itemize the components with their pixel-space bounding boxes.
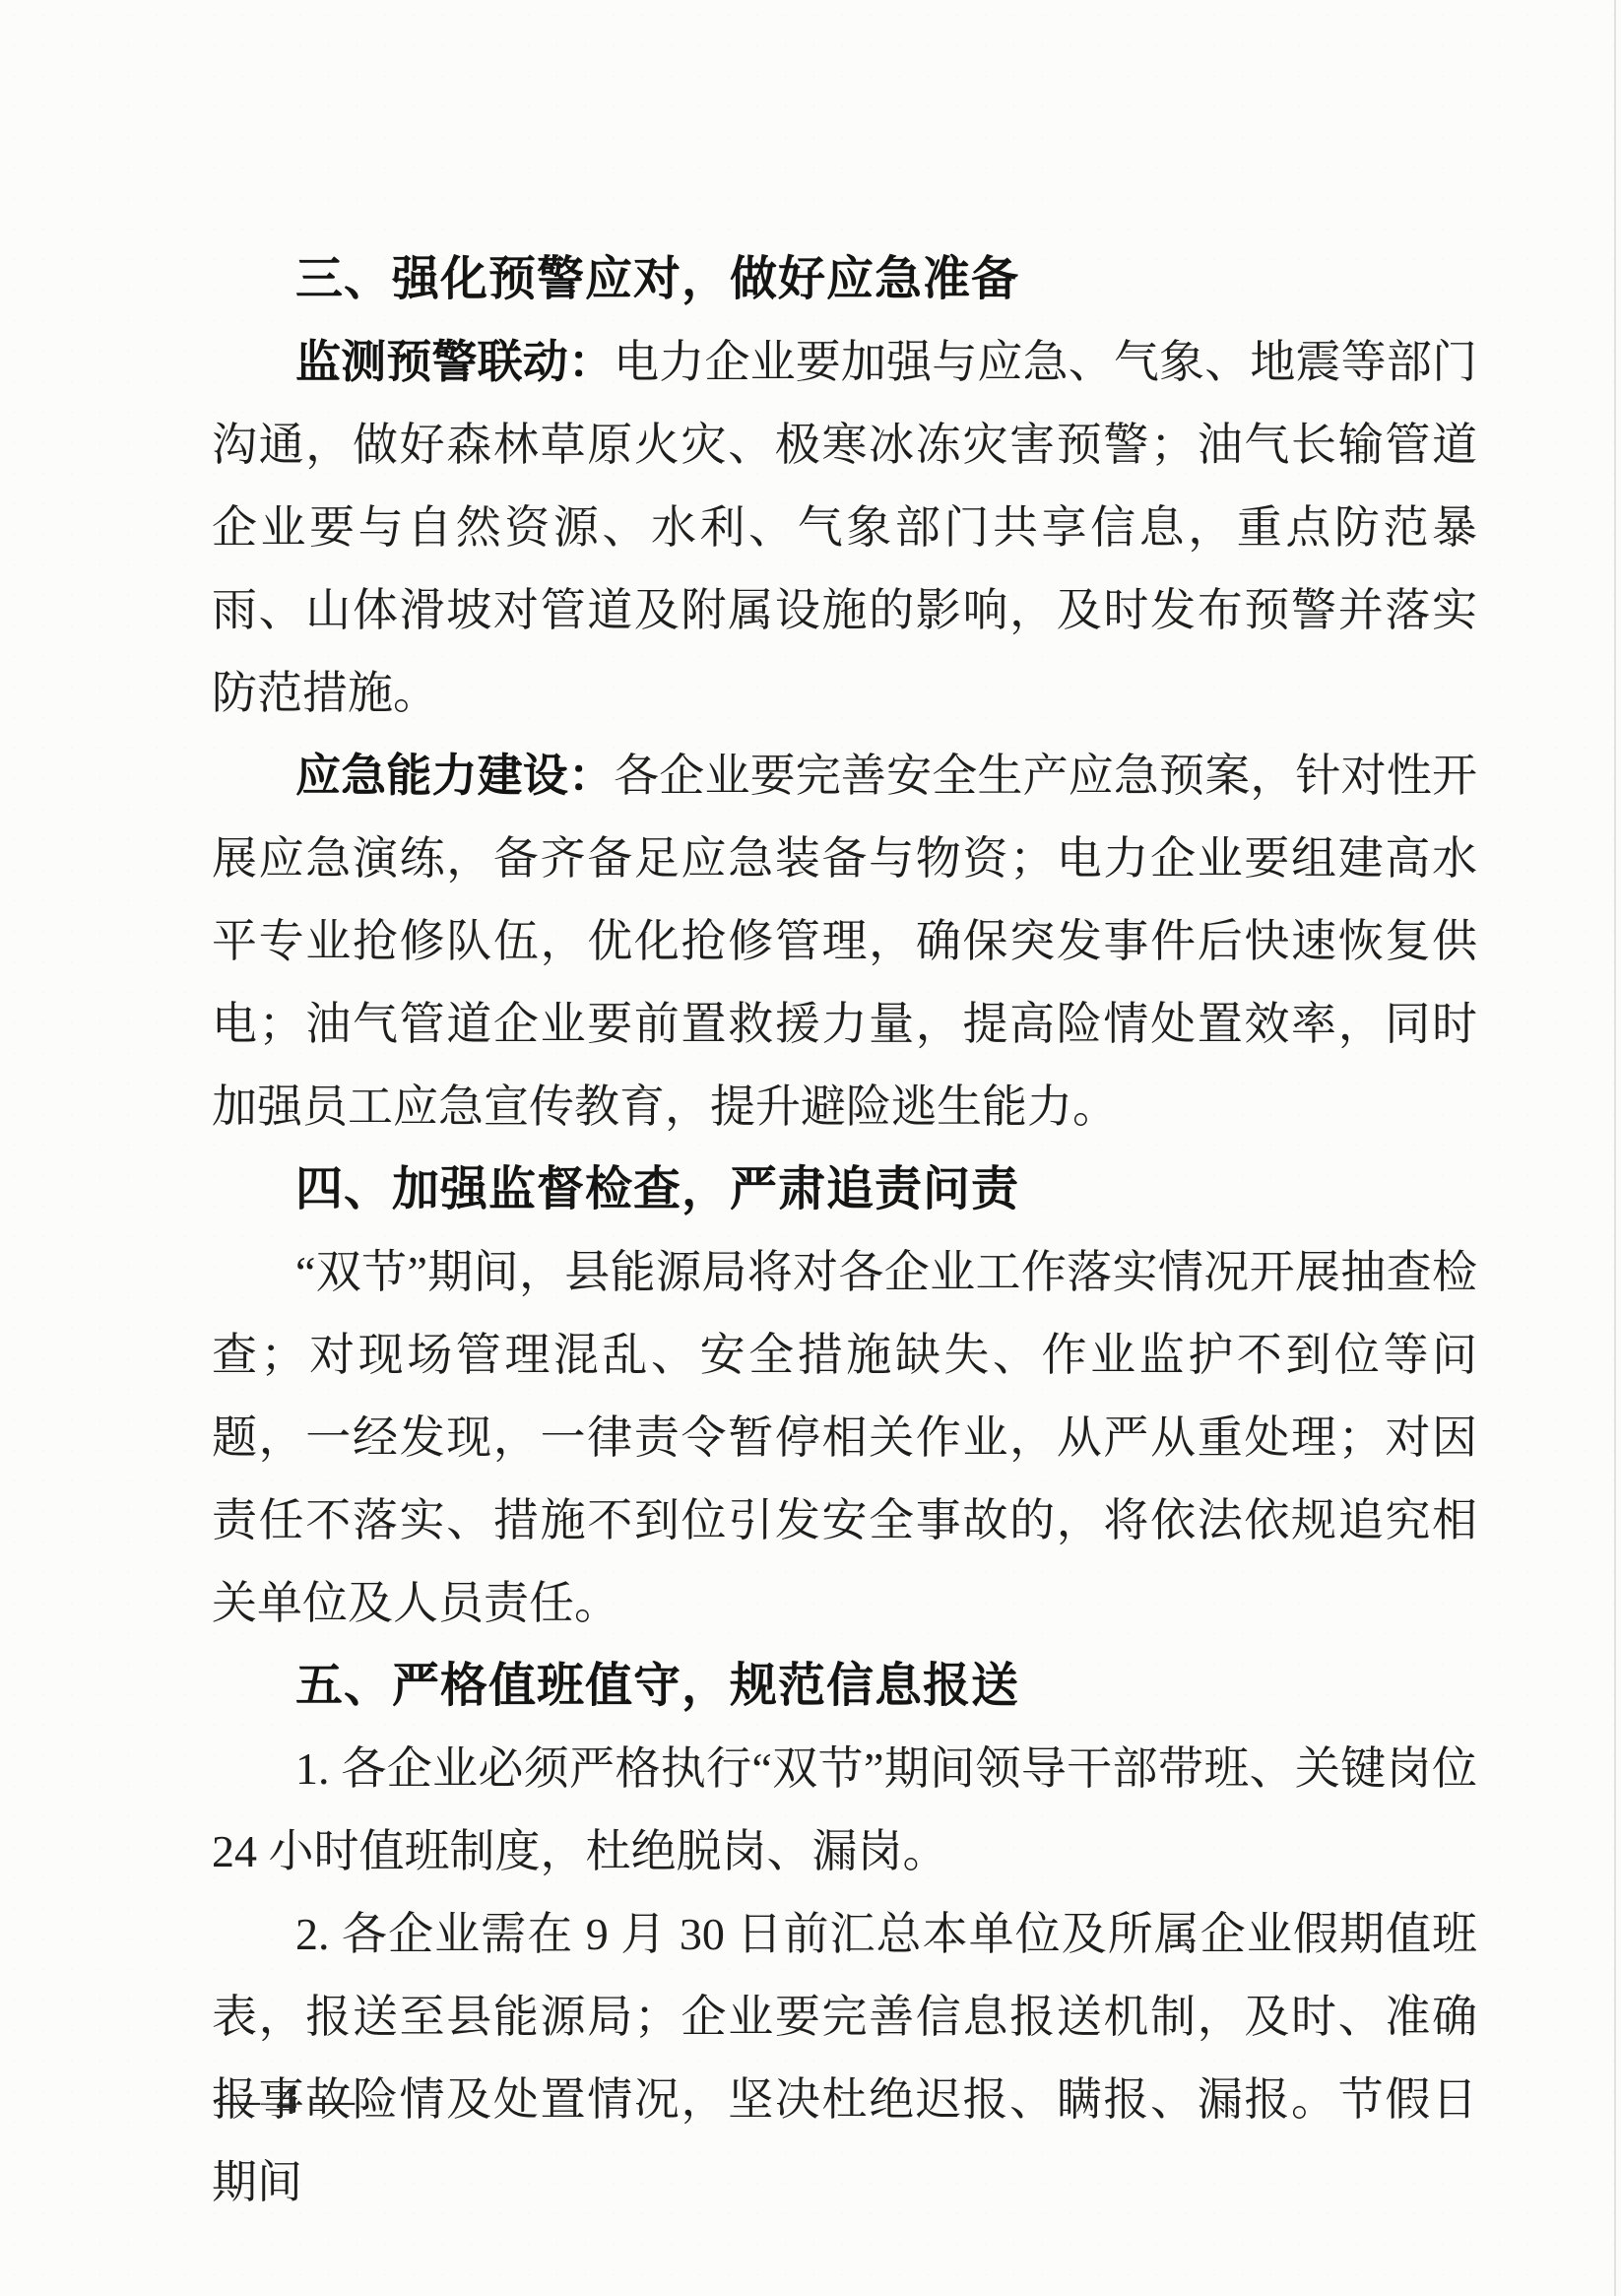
section-heading-4: 四、加强监督检查，严肃追责问责 (212, 1148, 1477, 1231)
section-heading-3: 三、强化预警应对，做好应急准备 (212, 238, 1477, 321)
paragraph-duty-item-1: 1. 各企业必须严格执行“双节”期间领导干部带班、关键岗位 24 小时值班制度，… (212, 1728, 1477, 1893)
paragraph-duty-item-2: 2. 各企业需在 9 月 30 日前汇总本单位及所属企业假期值班表，报送至县能源… (212, 1893, 1477, 2224)
paragraph-text-duty-1: 1. 各企业必须严格执行“双节”期间领导干部带班、关键岗位 24 小时值班制度，… (212, 1743, 1477, 1876)
scan-edge-artifact (1614, 0, 1616, 2296)
paragraph-lead-emergency: 应急能力建设： (295, 751, 614, 801)
section-heading-5: 五、严格值班值守，规范信息报送 (212, 1645, 1477, 1728)
paragraph-emergency-capability: 应急能力建设：各企业要完善安全生产应急预案，针对性开展应急演练，备齐备足应急装备… (212, 735, 1477, 1148)
document-body: 三、强化预警应对，做好应急准备 监测预警联动：电力企业要加强与应急、气象、地震等… (212, 238, 1477, 2224)
paragraph-text-duty-2: 2. 各企业需在 9 月 30 日前汇总本单位及所属企业假期值班表，报送至县能源… (212, 1909, 1477, 2207)
document-page: 三、强化预警应对，做好应急准备 监测预警联动：电力企业要加强与应急、气象、地震等… (0, 0, 1621, 2296)
page-number: — 4 — (219, 2071, 357, 2131)
paragraph-text-supervision: “双节”期间，县能源局将对各企业工作落实情况开展抽查检查；对现场管理混乱、安全措… (212, 1247, 1477, 1628)
paragraph-monitoring-warning: 监测预警联动：电力企业要加强与应急、气象、地震等部门沟通，做好森林草原火灾、极寒… (212, 321, 1477, 735)
paragraph-text-monitoring: 电力企业要加强与应急、气象、地震等部门沟通，做好森林草原火灾、极寒冰冻灾害预警；… (212, 337, 1477, 718)
paragraph-text-emergency: 各企业要完善安全生产应急预案，针对性开展应急演练，备齐备足应急装备与物资；电力企… (212, 751, 1477, 1132)
paragraph-lead-monitoring: 监测预警联动： (295, 337, 614, 387)
paragraph-supervision-inspection: “双节”期间，县能源局将对各企业工作落实情况开展抽查检查；对现场管理混乱、安全措… (212, 1231, 1477, 1645)
